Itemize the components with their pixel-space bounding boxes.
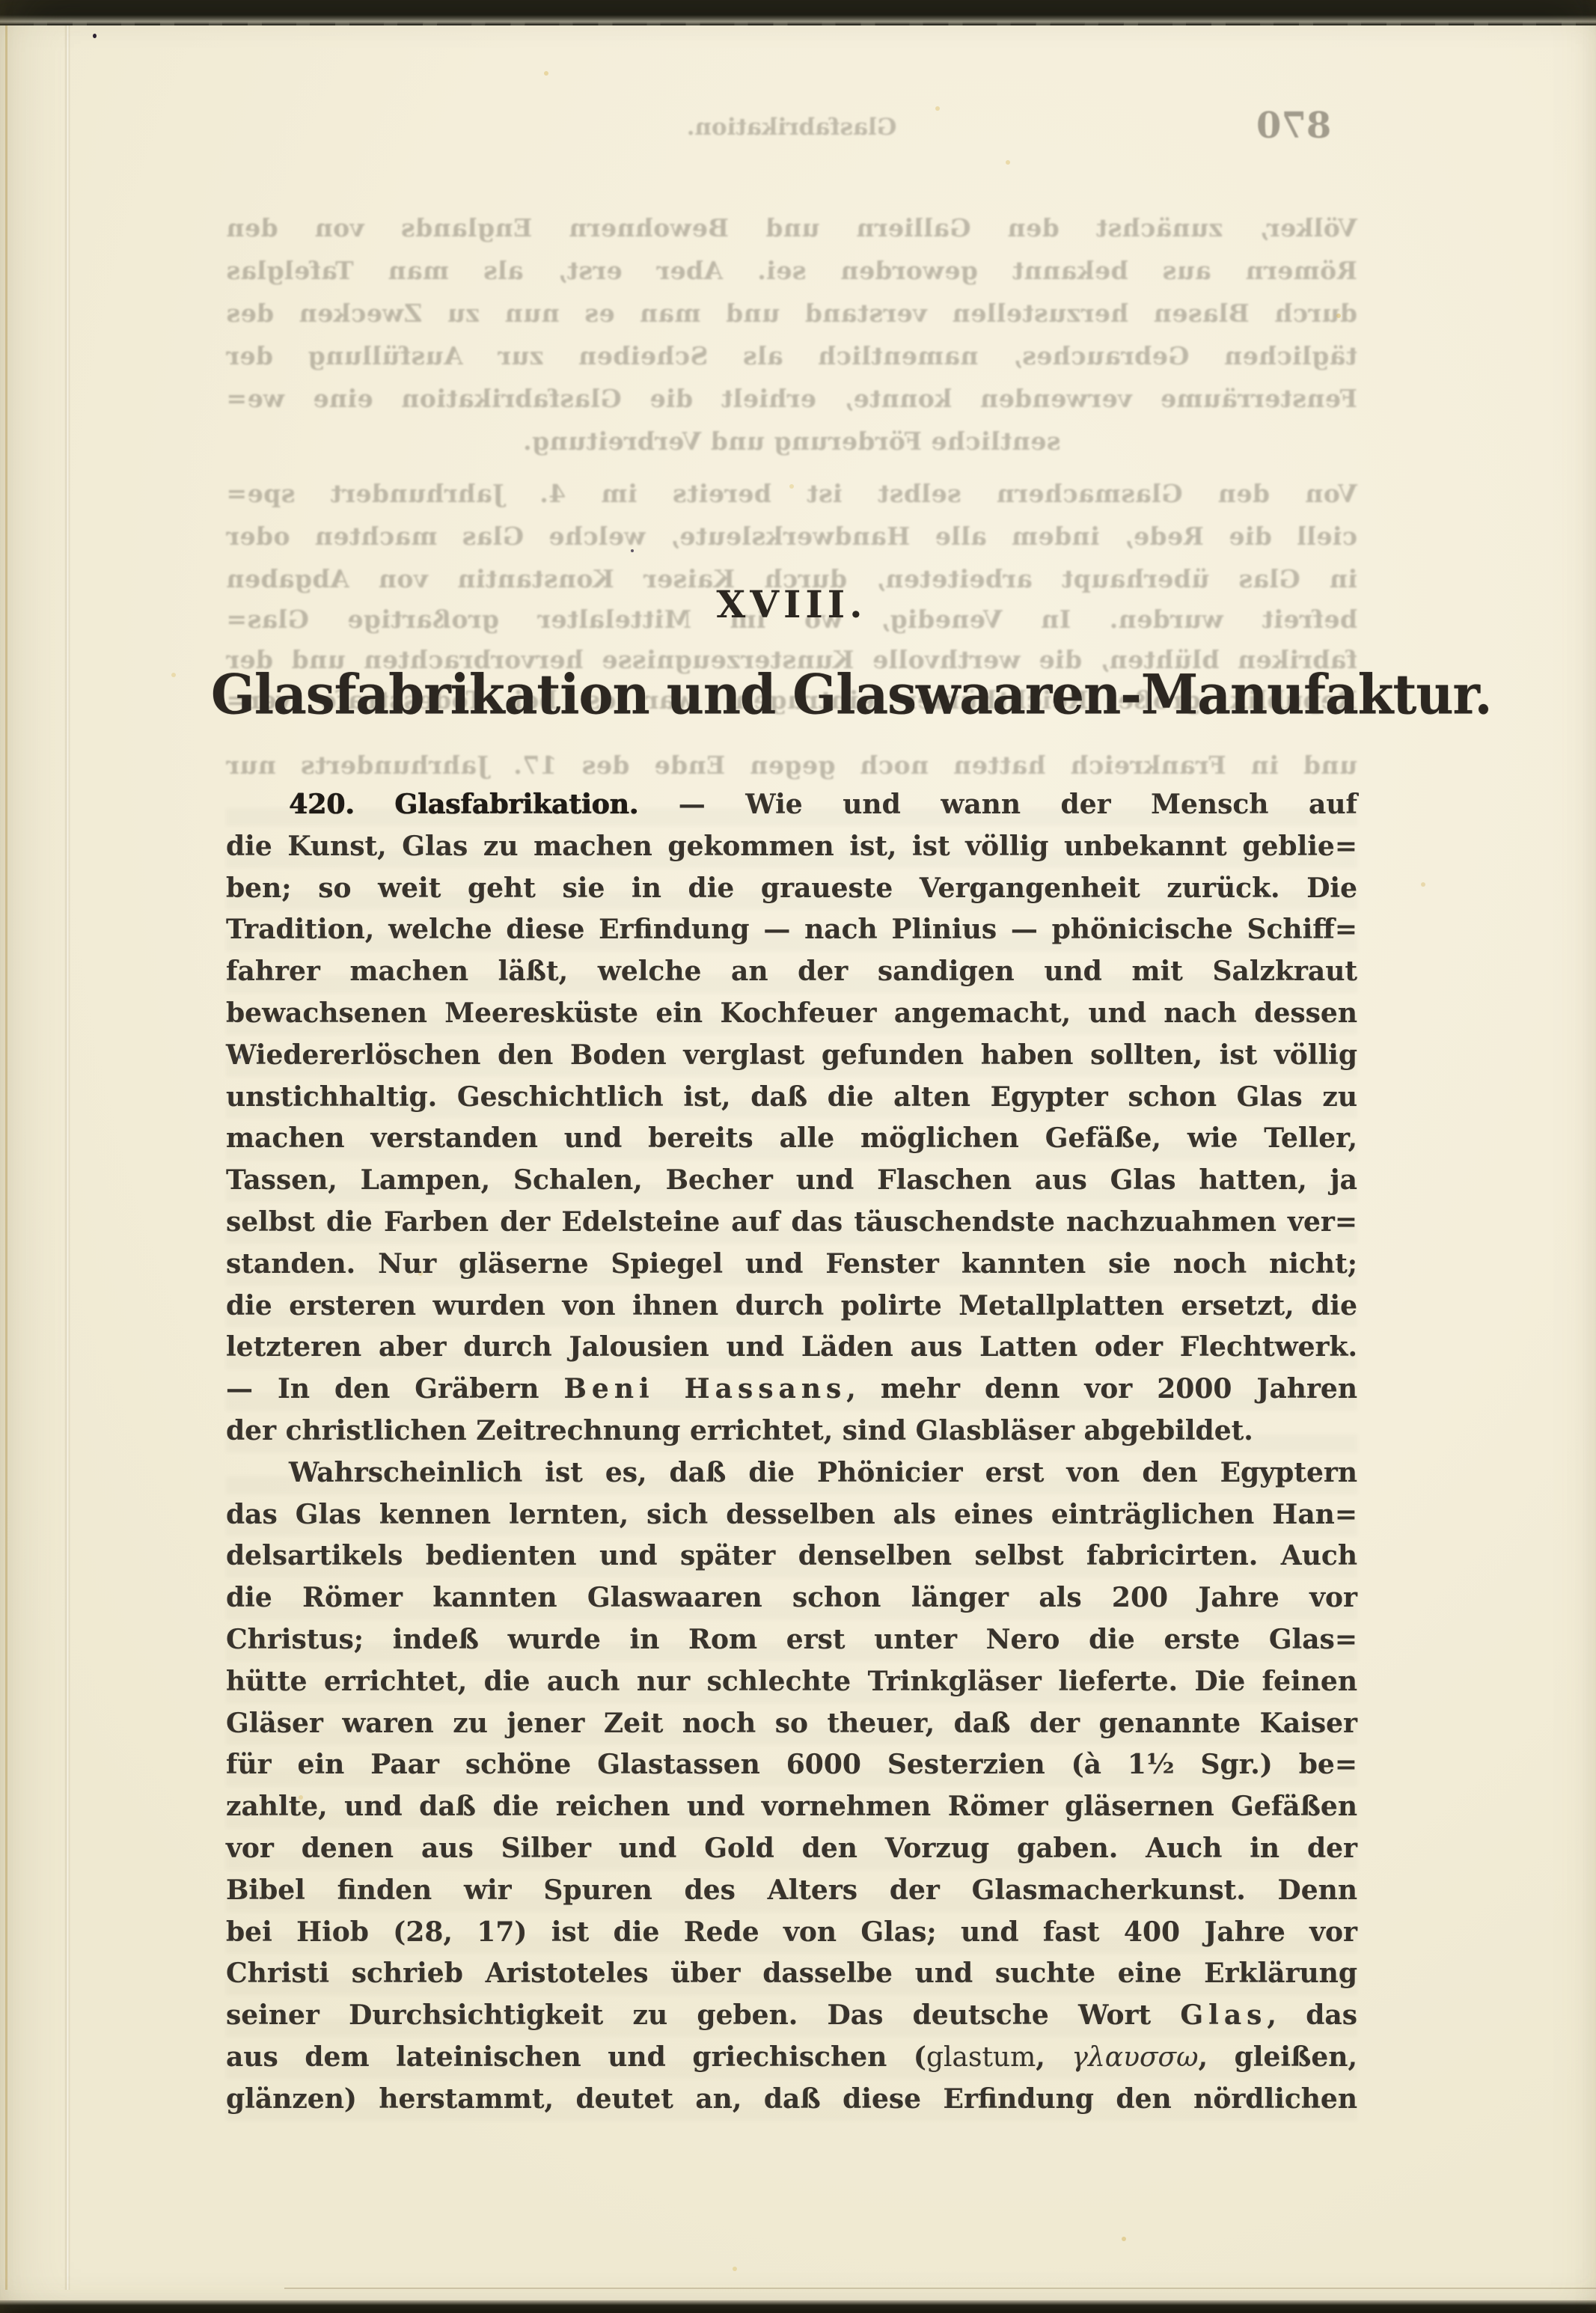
text-line: machen verstanden und bereits alle mögli… bbox=[226, 1118, 1357, 1160]
text-line: Wiedererlöschen den Boden verglast gefun… bbox=[226, 1035, 1357, 1077]
ink-speck bbox=[239, 1055, 241, 1059]
text-line: ben; so weit geht sie in die graueste Ve… bbox=[226, 868, 1357, 910]
text-line: vor denen aus Silber und Gold den Vorzug… bbox=[226, 1828, 1357, 1870]
bleedthrough-line: Völker, zunächst den Galliern und Bewohn… bbox=[226, 213, 1357, 243]
bleedthrough-line: und in Frankreich hatten noch gegen Ende… bbox=[226, 751, 1357, 780]
text-line: Tradition, welche diese Erfindung — nach… bbox=[226, 909, 1357, 951]
text-line: fahrer machen läßt, welche an der sandig… bbox=[226, 951, 1357, 993]
paper-left-edge bbox=[5, 22, 7, 2290]
bleedthrough-line: Von den Glasmachern selbst ist bereits i… bbox=[226, 479, 1357, 509]
text-line: Christus; indeß wurde in Rom erst unter … bbox=[226, 1619, 1357, 1661]
text-line: aus dem lateinischen und griechischen (g… bbox=[226, 2037, 1357, 2079]
chapter-number: XVIII. bbox=[226, 582, 1357, 626]
text-line: die ersteren wurden von ihnen durch poli… bbox=[226, 1286, 1357, 1327]
text-line: die Kunst, Glas zu machen gekommen ist, … bbox=[226, 826, 1357, 868]
bleedthrough-line: sentliche Förderung und Verbreitung. bbox=[226, 427, 1357, 456]
text-line: bei Hiob (28, 17) ist die Rede von Glas;… bbox=[226, 1912, 1357, 1954]
gutter-crease-line bbox=[64, 22, 70, 2290]
bleedthrough-running-header: Glasfabrikation. bbox=[226, 114, 1357, 141]
text-line: glänzen) herstammt, deutet an, daß diese… bbox=[226, 2079, 1357, 2121]
text-line: hütte errichtet, die auch nur schlechte … bbox=[226, 1661, 1357, 1703]
paragraph: Wahrscheinlich ist es, daß die Phönicier… bbox=[226, 1452, 1357, 2121]
bleedthrough-page-number: 870 bbox=[1245, 105, 1342, 147]
text-line: Bibel finden wir Spuren des Alters der G… bbox=[226, 1870, 1357, 1912]
text-line: die Römer kannten Glaswaaren schon länge… bbox=[226, 1577, 1357, 1619]
text-line: — In den Gräbern Beni Hassans, mehr denn… bbox=[226, 1369, 1357, 1411]
ink-speck bbox=[631, 549, 634, 552]
text-line: bewachsenen Meeresküste ein Kochfeuer an… bbox=[226, 993, 1357, 1035]
text-line: unstichhaltig. Geschichtlich ist, daß di… bbox=[226, 1077, 1357, 1119]
bleedthrough-line: Fensterräume verwenden konnte, erhielt d… bbox=[226, 384, 1357, 414]
paragraph: 420. Glasfabrikation. — Wie und wann der… bbox=[226, 784, 1357, 1452]
book-page-scan: Völker, zunächst den Galliern und Bewohn… bbox=[0, 0, 1596, 2313]
bleedthrough-line: täglichen Gebrauches, namentlich als Sch… bbox=[226, 341, 1357, 371]
text-line: das Glas kennen lernten, sich desselben … bbox=[226, 1494, 1357, 1536]
body-text: 420. Glasfabrikation. — Wie und wann der… bbox=[226, 784, 1357, 2121]
text-line: standen. Nur gläserne Spiegel und Fenste… bbox=[226, 1244, 1357, 1286]
chapter-title: Glasfabrikation und Glaswaaren-Manufaktu… bbox=[211, 663, 1372, 727]
ink-speck bbox=[93, 34, 97, 38]
text-line: selbst die Farben der Edelsteine auf das… bbox=[226, 1202, 1357, 1244]
text-line: Wahrscheinlich ist es, daß die Phönicier… bbox=[226, 1452, 1357, 1494]
text-line: 420. Glasfabrikation. — Wie und wann der… bbox=[226, 784, 1357, 826]
text-line: letzteren aber durch Jalousien und Läden… bbox=[226, 1327, 1357, 1369]
text-line: Tassen, Lampen, Schalen, Becher und Flas… bbox=[226, 1160, 1357, 1202]
text-line: zahlte, und daß die reichen und vornehme… bbox=[226, 1786, 1357, 1828]
text-line: für ein Paar schöne Glastassen 6000 Sest… bbox=[226, 1744, 1357, 1786]
paper-fiber-flecks bbox=[0, 0, 3, 3]
text-line: Christi schrieb Aristoteles über dasselb… bbox=[226, 1953, 1357, 1995]
bleedthrough-line: durch Blasen herzustellen verstand und m… bbox=[226, 299, 1357, 329]
text-line: delsartikels bedienten und später densel… bbox=[226, 1536, 1357, 1577]
text-line: der christlichen Zeitrechnung errichtet,… bbox=[226, 1411, 1357, 1452]
text-line: Gläser waren zu jener Zeit noch so theue… bbox=[226, 1703, 1357, 1745]
bleedthrough-line: Römern aus bekannt geworden sei. Aber er… bbox=[226, 256, 1357, 286]
text-line: seiner Durchsichtigkeit zu geben. Das de… bbox=[226, 1995, 1357, 2037]
bleedthrough-line: ciell die Rede, indem alle Handwerksleut… bbox=[226, 522, 1357, 551]
